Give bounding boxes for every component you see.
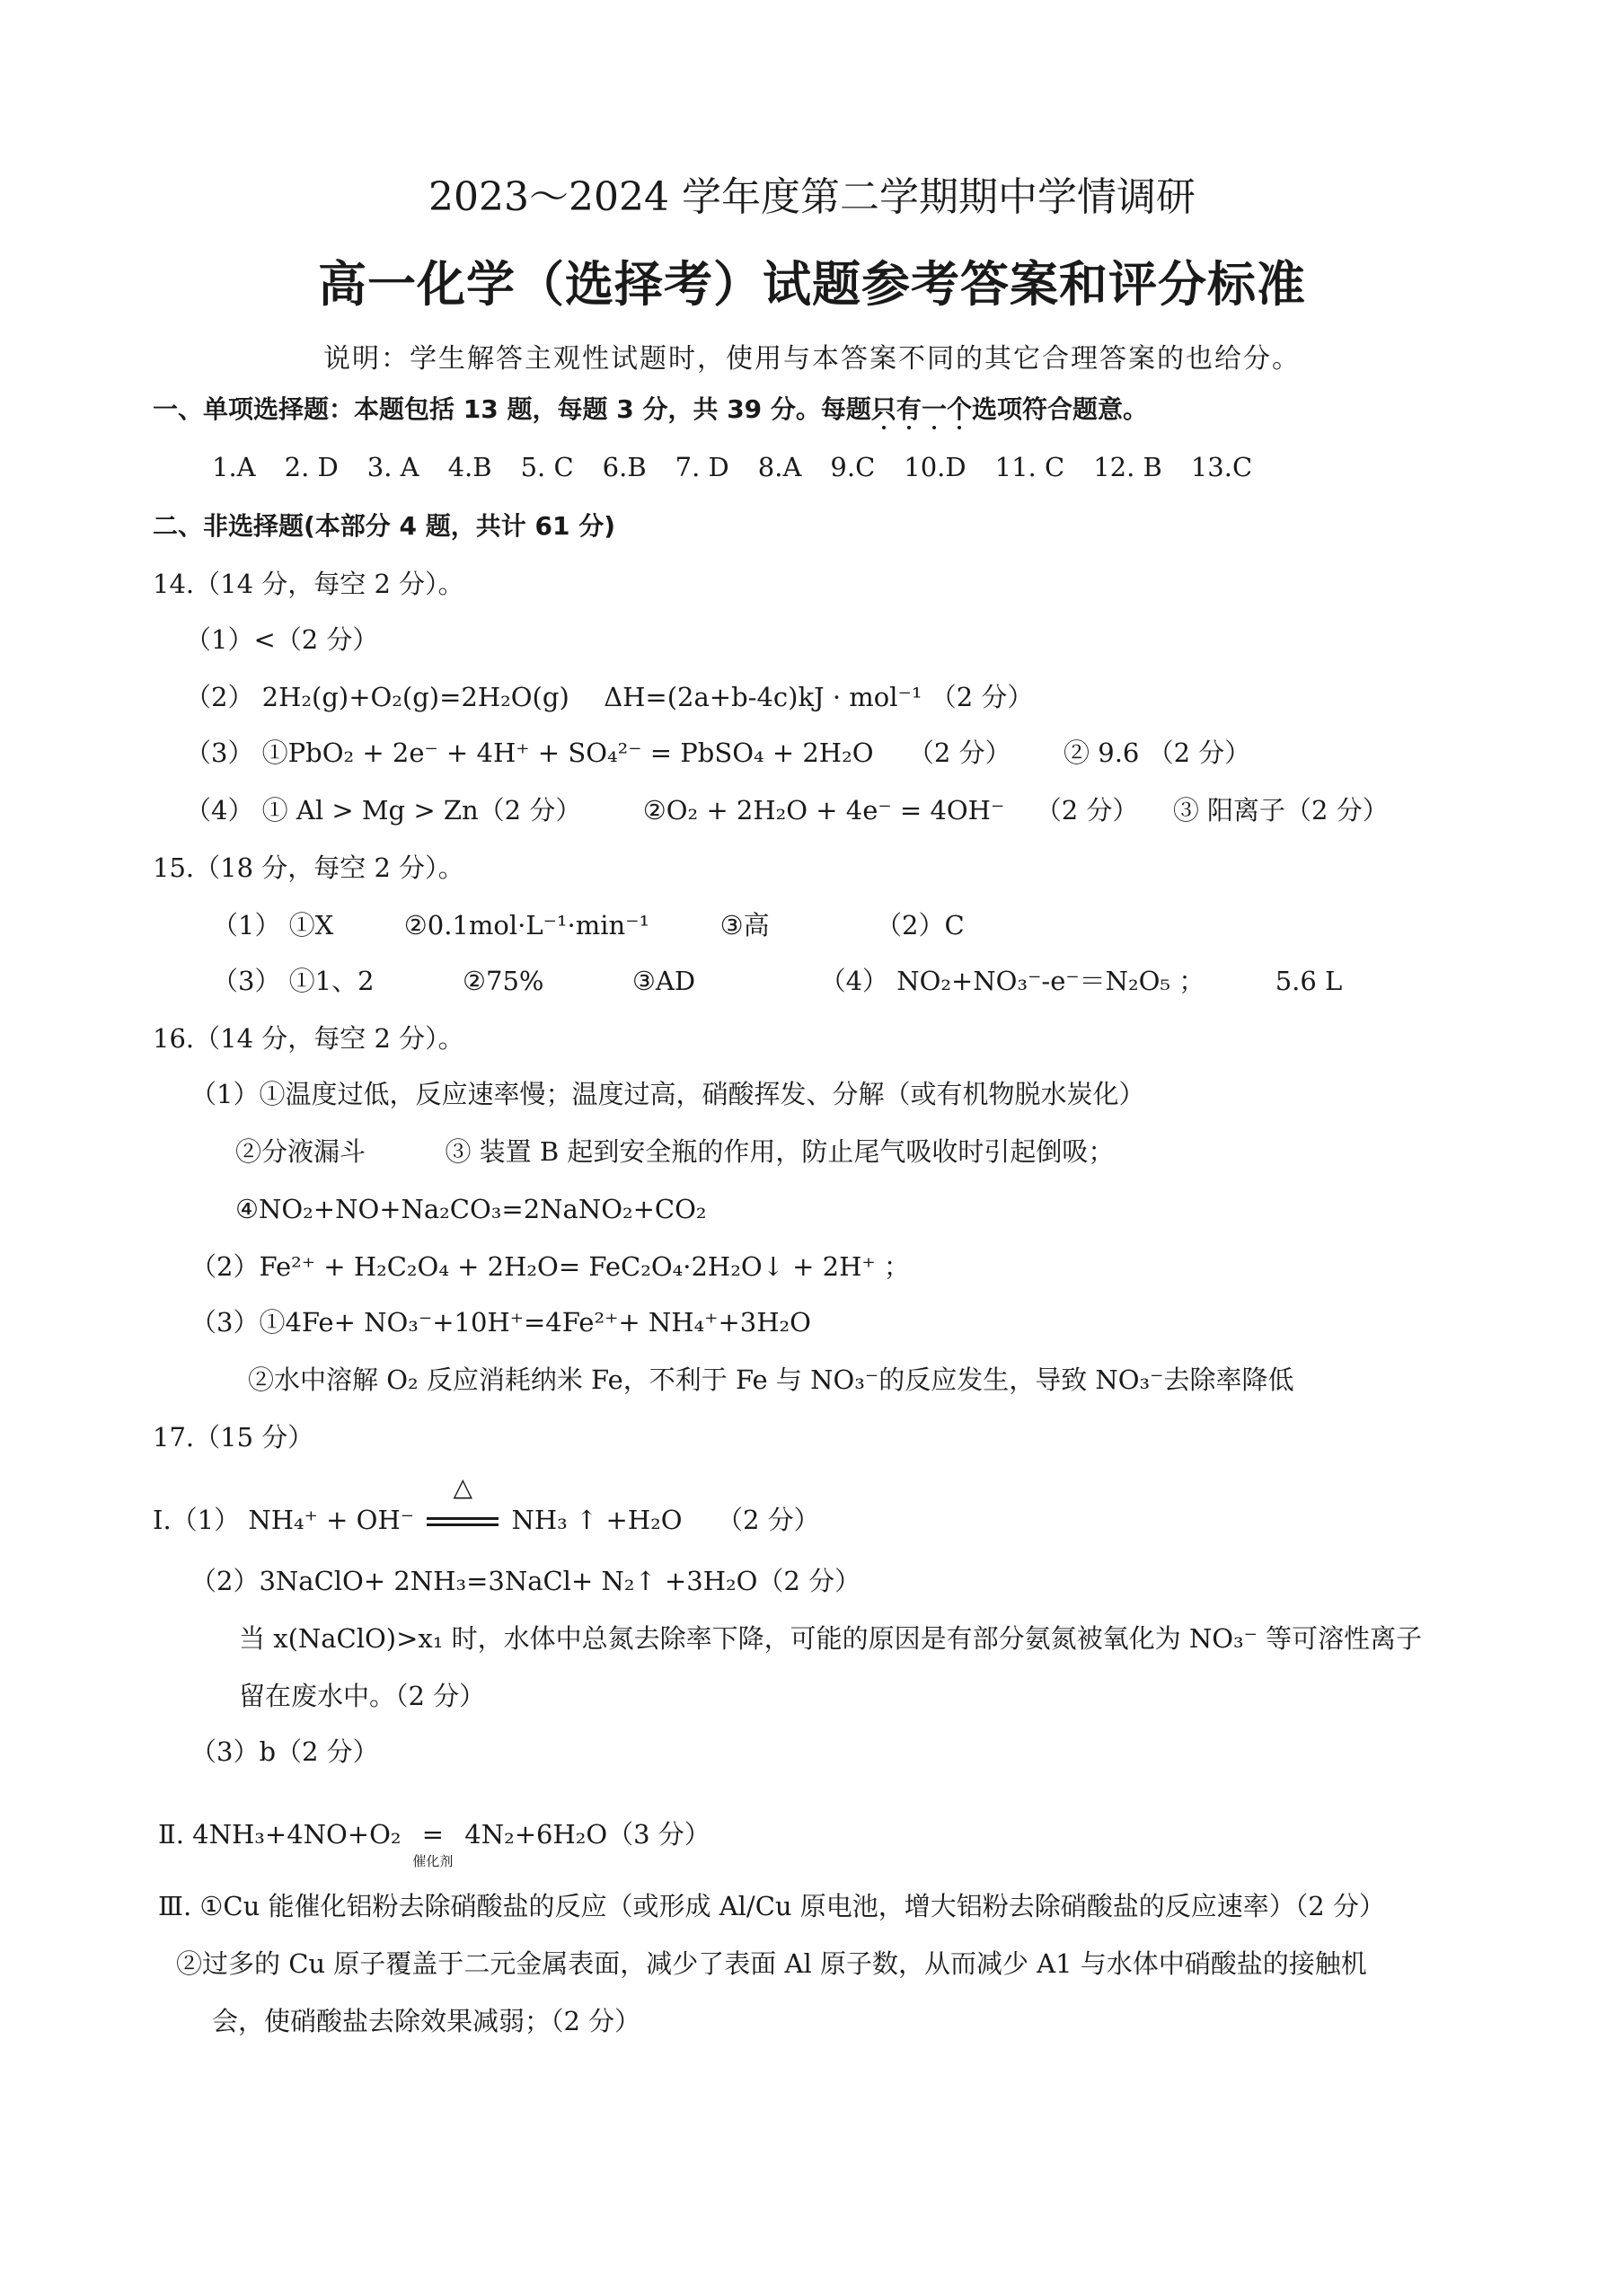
mc-answer: 3. A <box>367 449 419 485</box>
answer: ①1、2 <box>289 966 375 996</box>
emphasis-char: 一 <box>922 394 947 424</box>
q16-header: 16.（14 分，每空 2 分）。 <box>153 1020 464 1056</box>
catalyst-label: 催化剂 <box>412 1843 453 1879</box>
q16-part3-a: （3）①4Fe+ NO₃⁻+10H⁺=4Fe²⁺+ NH₄⁺+3H₂O <box>190 1304 811 1340</box>
mc-answer: 7. D <box>675 449 729 485</box>
score: （2 分） <box>931 682 1034 712</box>
part-label: （4） <box>185 795 253 826</box>
answer: ②75% <box>463 966 543 996</box>
equation: ①PbO₂ + 2e⁻ + 4H⁺ + SO₄²⁻ = PbSO₄ + 2H₂O <box>262 737 874 768</box>
q17-iii-2b: 会，使硝酸盐去除效果减弱；（2 分） <box>212 2003 640 2039</box>
q17-i2: （2）3NaClO+ 2NH₃=3NaCl+ N₂↑ +3H₂O（2 分） <box>190 1563 861 1599</box>
q15-header: 15.（18 分，每空 2 分）。 <box>153 850 464 886</box>
emphasis-char: 只 <box>871 394 896 424</box>
answer: ③高 <box>720 910 770 940</box>
section1-heading: 一、单项选择题：本题包括 13 题，每题 3 分，共 39 分。每题只有一个选项… <box>153 392 1148 428</box>
q17-iii-2a: ②过多的 Cu 原子覆盖于二元金属表面，减少了表面 Al 原子数，从而减少 A1… <box>176 1946 1367 1982</box>
exam-subtitle: 2023～2024 学年度第二学期期中学情调研 <box>0 172 1624 223</box>
mc-answer: 12. B <box>1093 449 1162 485</box>
q17-header: 17.（15 分） <box>153 1419 313 1455</box>
q15-part3-4: （3） ①1、2 ②75% ③AD （4） NO₂+NO₃⁻-e⁻＝N₂O₅ ；… <box>212 963 1342 999</box>
equation-left: NH₄⁺ + OH⁻ <box>248 1505 414 1535</box>
mc-answer: 13.C <box>1191 449 1252 485</box>
grading-note: 说明：学生解答主观性试题时，使用与本答案不同的其它合理答案的也给分。 <box>0 341 1624 377</box>
mc-answer: 9.C <box>830 449 875 485</box>
catalyst-condition: = 催化剂 <box>410 1816 456 1852</box>
q14-part4: （4） ① Al > Mg > Zn（2 分） ②O₂ + 2H₂O + 4e⁻… <box>185 792 1389 828</box>
part-label: （1） <box>212 910 280 940</box>
answer: （2）C <box>876 910 965 940</box>
section1-heading-prefix: 一、单项选择题：本题包括 13 题，每题 3 分，共 39 分。每题 <box>153 394 871 424</box>
q17-i2-explanation-1: 当 x(NaClO)>x₁ 时，水体中总氮去除率下降，可能的原因是有部分氨氮被氧… <box>239 1620 1422 1656</box>
q14-part1: （1）<（2 分） <box>185 622 378 658</box>
q16-part2: （2）Fe²⁺ + H₂C₂O₄ + 2H₂O= FeC₂O₄·2H₂O↓ + … <box>190 1249 910 1285</box>
mc-answer: 8.A <box>758 449 802 485</box>
q15-part1: （1） ①X ②0.1mol·L⁻¹·min⁻¹ ③高 （2）C <box>212 907 965 943</box>
enthalpy: ΔH=(2a+b-4c)kJ · mol⁻¹ <box>604 682 922 712</box>
q16-part3-b: ②水中溶解 O₂ 反应消耗纳米 Fe，不利于 Fe 与 NO₃⁻的反应发生，导致… <box>248 1362 1294 1398</box>
heat-triangle-icon: △ <box>422 1470 503 1506</box>
mc-answer-list: 1.A 2. D 3. A 4.B 5. C 6.B 7. D 8.A 9.C … <box>212 449 1281 485</box>
page-title: 高一化学（选择考）试题参考答案和评分标准 <box>0 253 1624 316</box>
answer: ③ 阳离子（2 分） <box>1173 795 1389 826</box>
emphasis-char: 个 <box>947 394 972 424</box>
q17-i2-explanation-2: 留在废水中。（2 分） <box>239 1678 485 1714</box>
equation: 2H₂(g)+O₂(g)=2H₂O(g) <box>262 682 569 712</box>
answer: ②0.1mol·L⁻¹·min⁻¹ <box>404 910 649 940</box>
section1-heading-suffix: 选项符合题意。 <box>972 394 1148 424</box>
answer: ①X <box>289 910 334 940</box>
emphasis-char: 有 <box>896 394 922 424</box>
answer: ② 9.6 <box>1064 737 1139 768</box>
q17-ii: Ⅱ. 4NH₃+4NO+O₂ = 催化剂 4N₂+6H₂O（3 分） <box>158 1816 710 1852</box>
answer: ③AD <box>632 966 695 996</box>
equation-left: Ⅱ. 4NH₃+4NO+O₂ <box>158 1819 402 1850</box>
q14-part2: （2） 2H₂(g)+O₂(g)=2H₂O(g) ΔH=(2a+b-4c)kJ … <box>185 679 1033 715</box>
score: （2 分） <box>1036 795 1139 826</box>
q17-i3: （3）b（2 分） <box>190 1734 379 1770</box>
answer: ②分液漏斗 <box>235 1136 366 1167</box>
part-label: （3） <box>185 737 253 768</box>
answer: 5.6 L <box>1275 966 1343 996</box>
part-label: （4） <box>820 966 888 996</box>
mc-answer: 5. C <box>521 449 574 485</box>
equation-right: NH₃ ↑ +H₂O <box>512 1505 683 1535</box>
answer-key-page: 2023～2024 学年度第二学期期中学情调研 高一化学（选择考）试题参考答案和… <box>0 0 1624 2296</box>
score: （2 分） <box>1148 737 1251 768</box>
mc-answer: 10.D <box>904 449 966 485</box>
part-label: （2） <box>185 682 253 712</box>
q14-header: 14.（14 分，每空 2 分）。 <box>153 566 464 602</box>
equation: NO₂+NO₃⁻-e⁻＝N₂O₅ ； <box>896 966 1205 996</box>
part-label: Ⅰ.（1） <box>153 1505 240 1535</box>
q16-part1-a: （1）①温度过低，反应速率慢；温度过高，硝酸挥发、分解（或有机物脱水炭化） <box>190 1076 1144 1112</box>
part-label: （3） <box>212 966 280 996</box>
q16-part1-d: ④NO₂+NO+Na₂CO₃=2NaNO₂+CO₂ <box>235 1191 706 1227</box>
equation-right: 4N₂+6H₂O（3 分） <box>464 1819 710 1850</box>
answer: ① Al > Mg > Zn（2 分） <box>262 795 582 826</box>
mc-answer: 2. D <box>285 449 339 485</box>
mc-answer: 4.B <box>448 449 492 485</box>
mc-answer: 1.A <box>212 449 256 485</box>
q14-part3: （3） ①PbO₂ + 2e⁻ + 4H⁺ + SO₄²⁻ = PbSO₄ + … <box>185 735 1250 771</box>
score: （2 分） <box>717 1505 820 1535</box>
score: （2 分） <box>908 737 1011 768</box>
q16-part1-bc: ②分液漏斗 ③ 装置 B 起到安全瓶的作用，防止尾气吸收时引起倒吸； <box>235 1134 1114 1170</box>
q17-i1: Ⅰ.（1） NH₄⁺ + OH⁻ △ NH₃ ↑ +H₂O （2 分） <box>153 1502 820 1538</box>
section2-heading: 二、非选择题(本部分 4 题，共计 61 分) <box>153 508 615 544</box>
q17-iii-1: Ⅲ. ①Cu 能催化铝粉去除硝酸盐的反应（或形成 Al/Cu 原电池，增大铝粉去… <box>158 1888 1385 1924</box>
heating-condition: △ <box>422 1502 503 1538</box>
equation: ②O₂ + 2H₂O + 4e⁻ = 4OH⁻ <box>643 795 1005 826</box>
equals-bar <box>427 1517 499 1526</box>
mc-answer: 11. C <box>995 449 1065 485</box>
answer: ③ 装置 B 起到安全瓶的作用，防止尾气吸收时引起倒吸； <box>445 1136 1114 1167</box>
mc-answer: 6.B <box>603 449 647 485</box>
